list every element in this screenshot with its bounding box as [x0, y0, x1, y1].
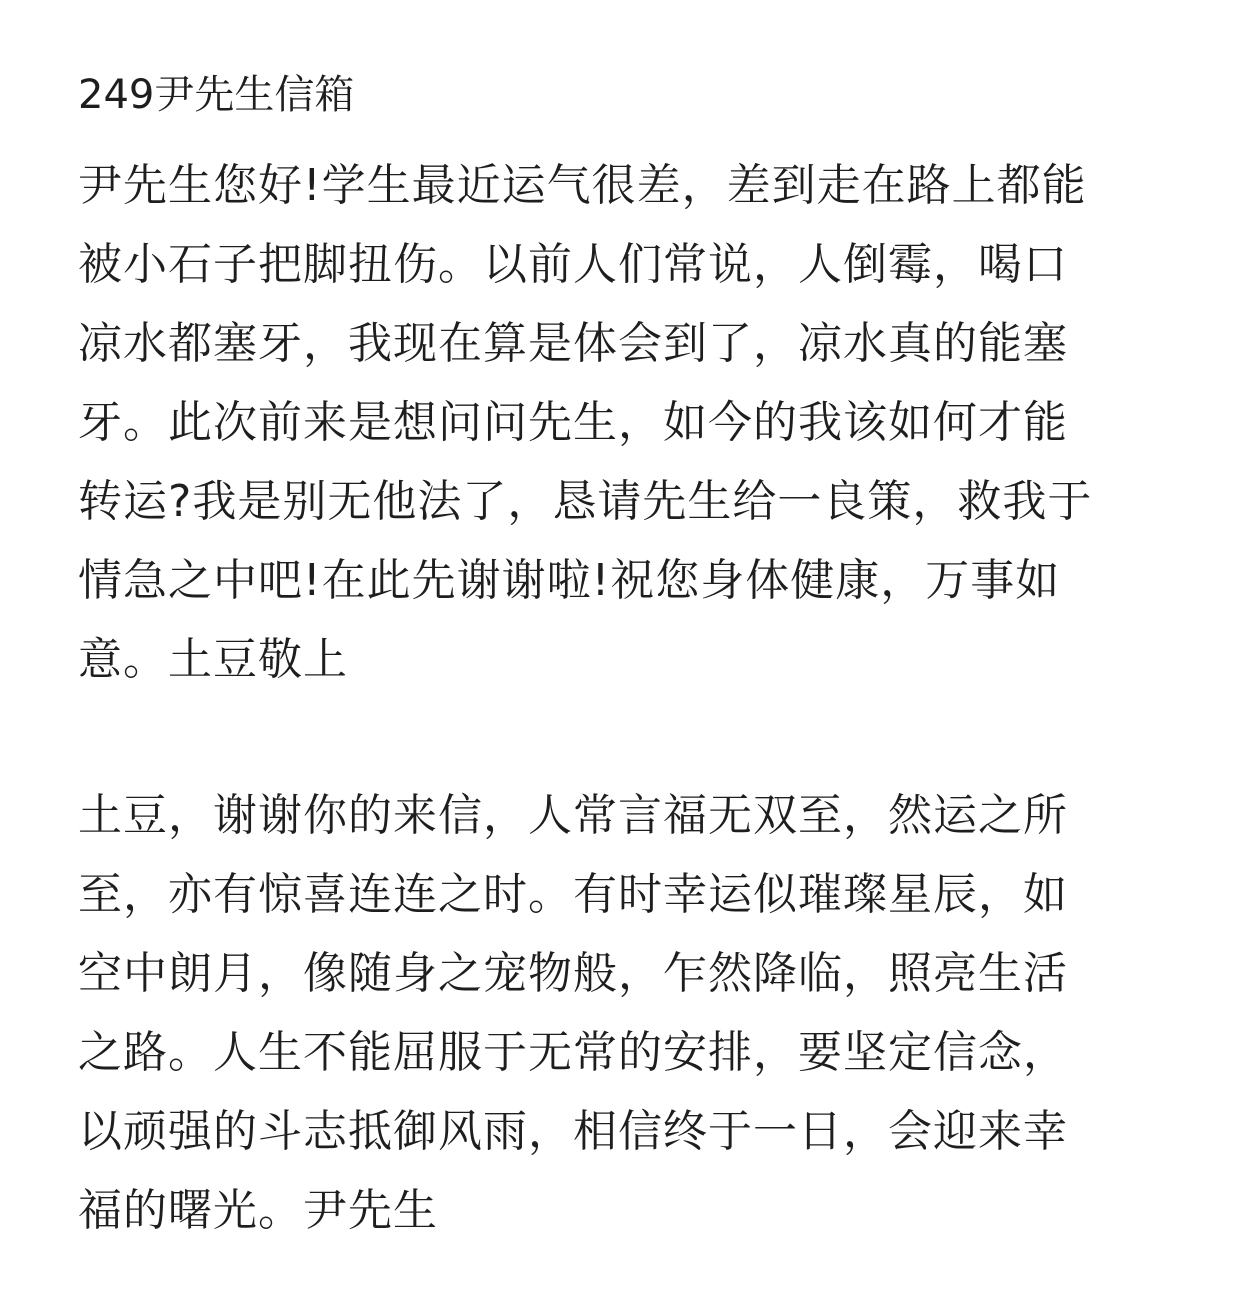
reply-line: 土豆，谢谢你的来信，人常言福无双至，然运之所: [78, 786, 1178, 865]
reply-line: 至，亦有惊喜连连之时。有时幸运似璀璨星辰，如: [78, 865, 1178, 944]
reply-line: 福的曙光。尹先生: [78, 1181, 1178, 1260]
page-title: 249尹先生信箱: [78, 68, 354, 122]
reply-line: 之路。人生不能屈服于无常的安排，要坚定信念，: [78, 1023, 1178, 1102]
reply-line: 空中朗月，像随身之宠物般，乍然降临，照亮生活: [78, 944, 1178, 1023]
letter-line: 被小石子把脚扭伤。以前人们常说，人倒霉，喝口: [78, 235, 1178, 314]
letter-line: 情急之中吧!在此先谢谢啦!祝您身体健康，万事如: [78, 551, 1178, 630]
reply-paragraph: 土豆，谢谢你的来信，人常言福无双至，然运之所 至，亦有惊喜连连之时。有时幸运似璀…: [78, 786, 1178, 1260]
reply-line: 以顽强的斗志抵御风雨，相信终于一日，会迎来幸: [78, 1102, 1178, 1181]
letter-line: 意。土豆敬上: [78, 630, 1178, 709]
letter-line: 牙。此次前来是想问问先生，如今的我该如何才能: [78, 393, 1178, 472]
letter-line: 凉水都塞牙，我现在算是体会到了，凉水真的能塞: [78, 314, 1178, 393]
letter-line: 尹先生您好!学生最近运气很差，差到走在路上都能: [78, 156, 1178, 235]
letter-line: 转运?我是别无他法了，恳请先生给一良策，救我于: [78, 472, 1178, 551]
letter-paragraph: 尹先生您好!学生最近运气很差，差到走在路上都能 被小石子把脚扭伤。以前人们常说，…: [78, 156, 1178, 709]
